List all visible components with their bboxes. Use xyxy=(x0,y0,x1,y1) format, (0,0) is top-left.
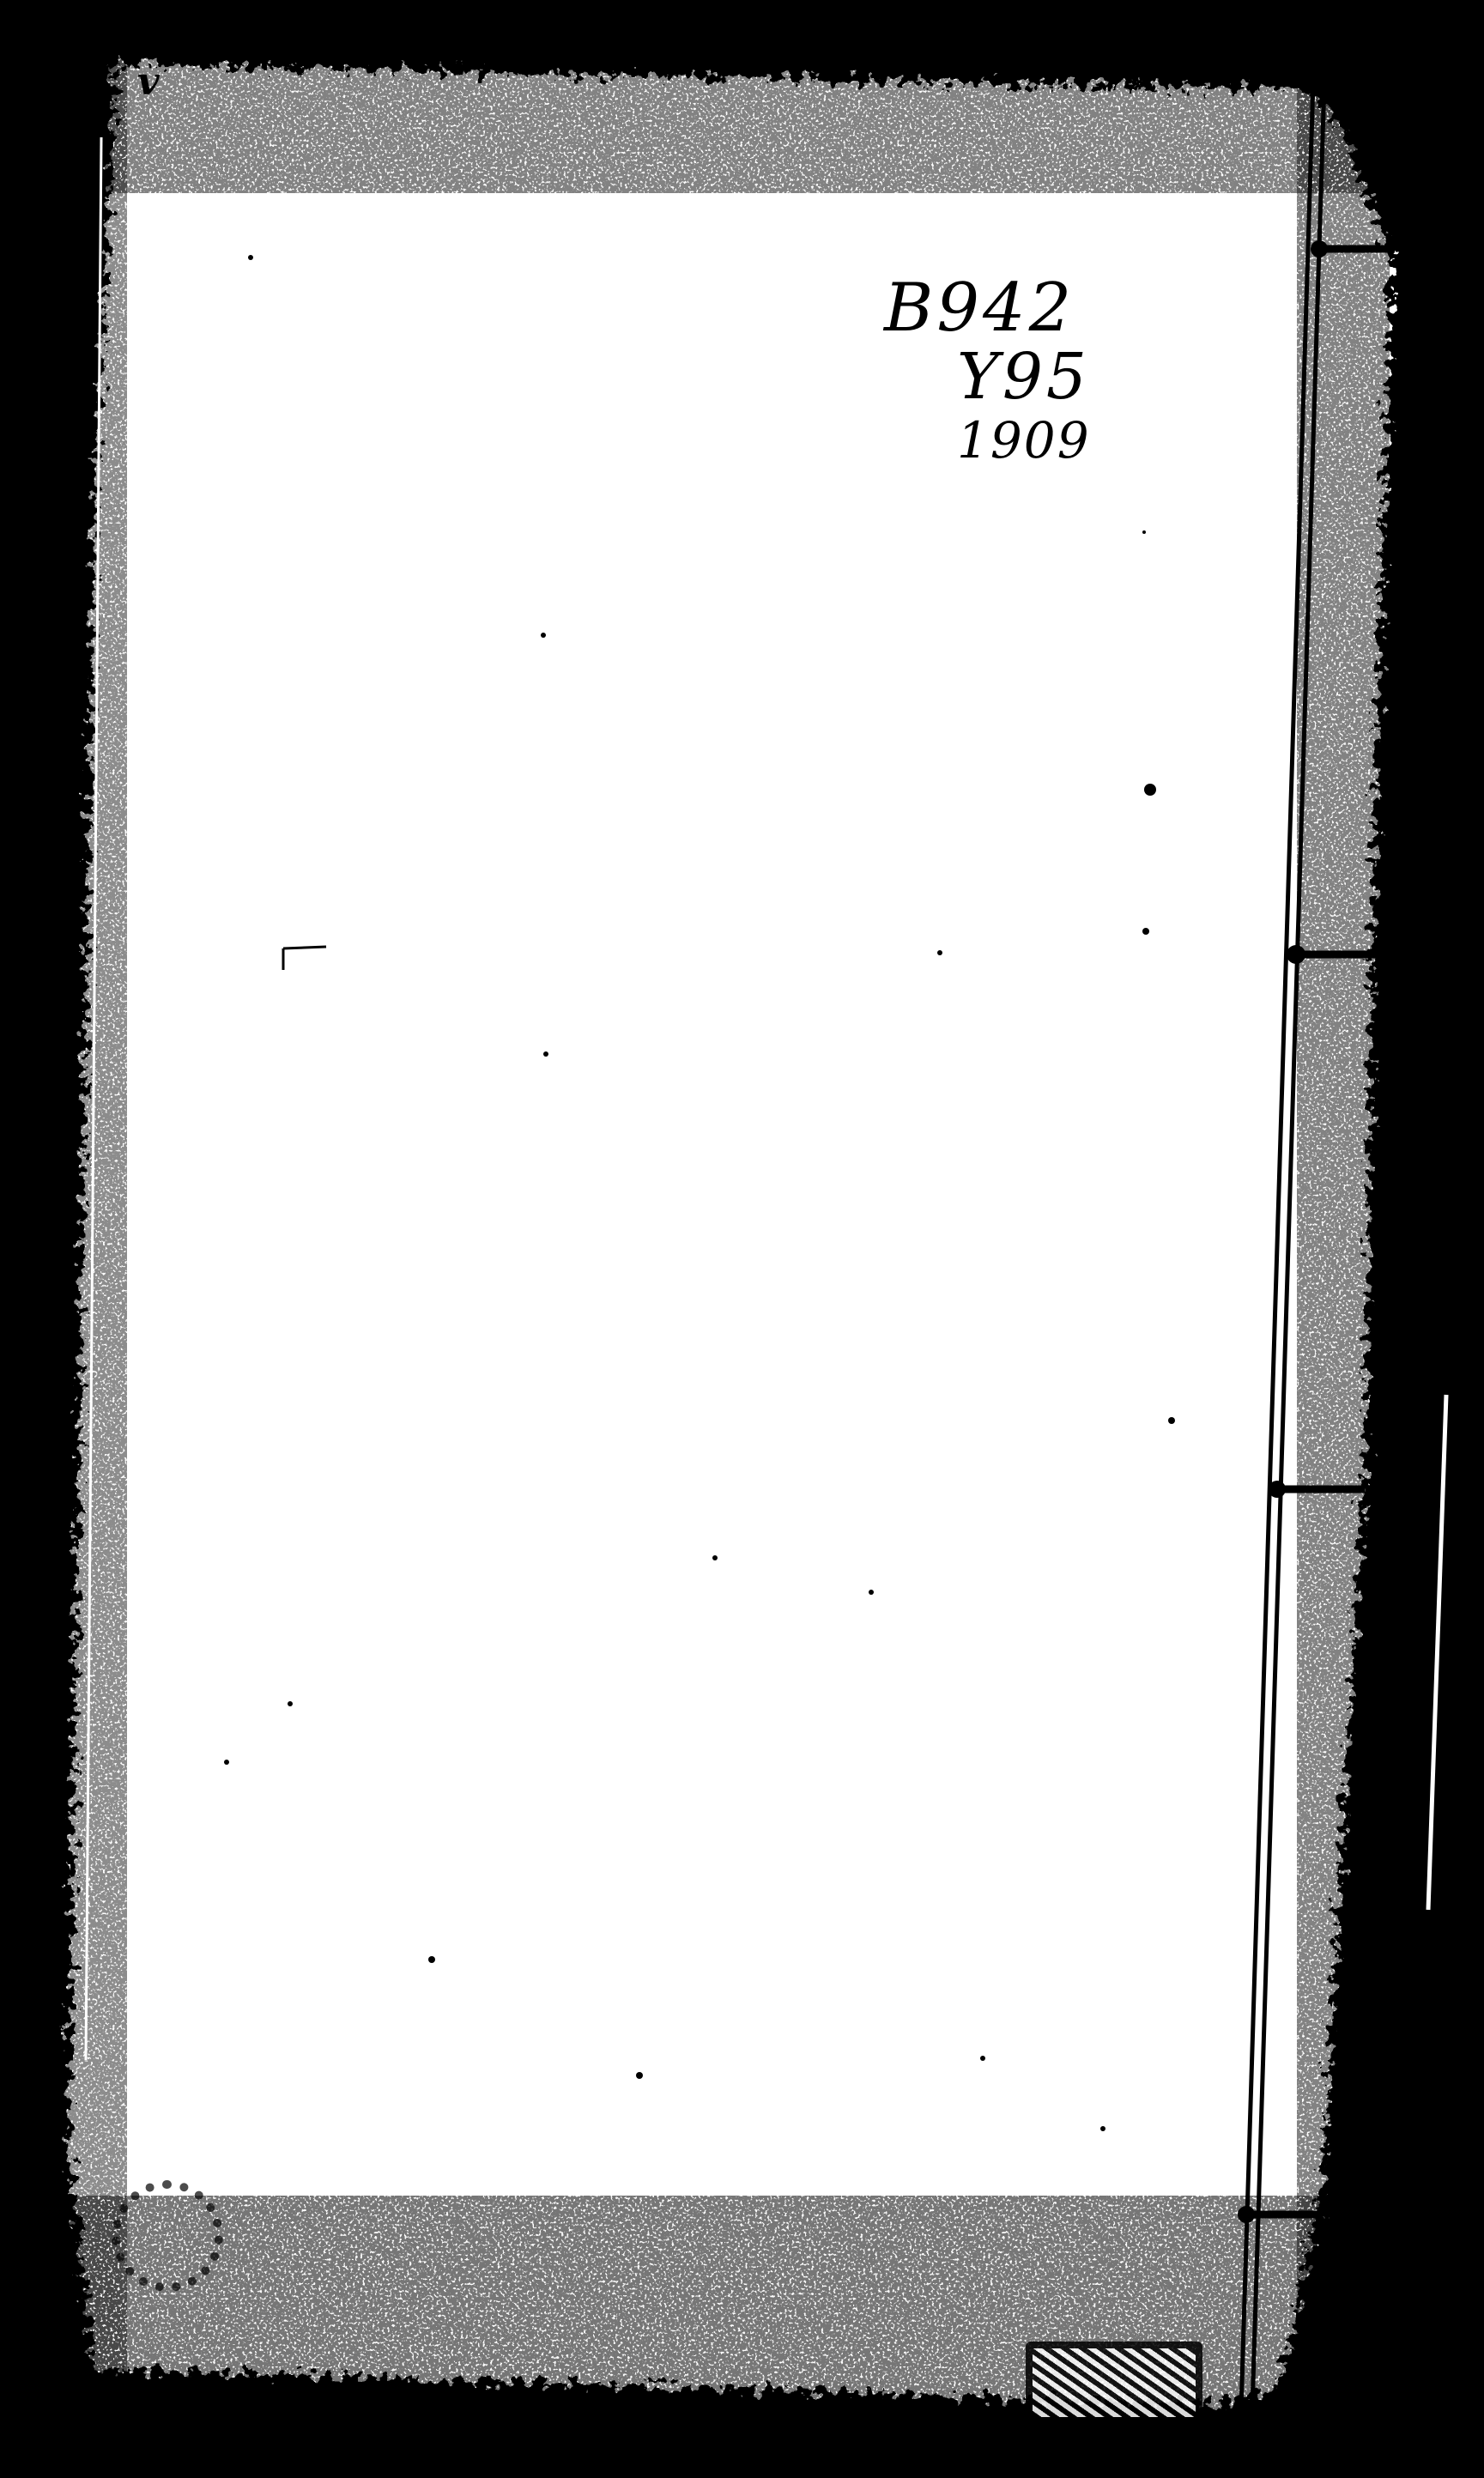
faded-circular-stamp xyxy=(112,2180,223,2292)
library-label-box xyxy=(1026,2342,1202,2424)
call-number-class: B942 xyxy=(884,275,1107,342)
handwritten-call-number: B942 Y95 1909 xyxy=(884,275,1107,465)
page-shape xyxy=(0,0,1484,2478)
scan-background: v B942 Y95 1909 xyxy=(0,0,1484,2478)
corner-handwritten-mark: v xyxy=(137,60,160,104)
book-cover-page: v B942 Y95 1909 xyxy=(0,0,1484,2478)
call-number-cutter: Y95 xyxy=(957,345,1107,409)
call-number-year: 1909 xyxy=(957,415,1107,465)
